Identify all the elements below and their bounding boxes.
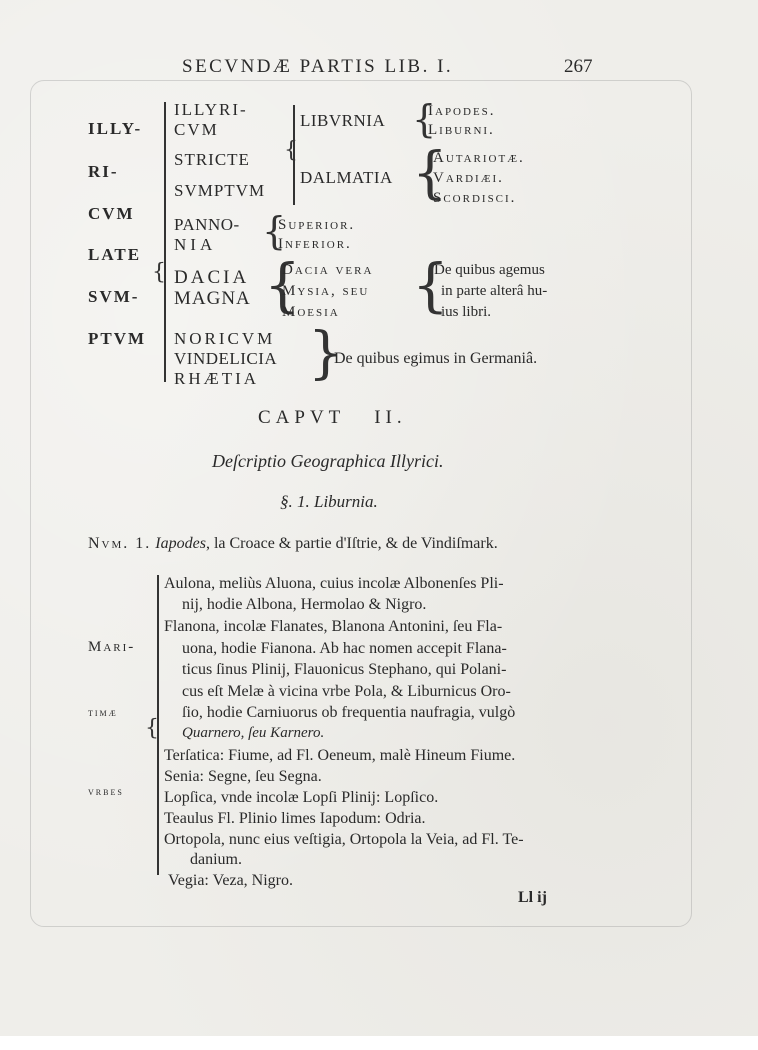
dacia-label: DACIA — [174, 268, 249, 287]
dacia-label: MAGNA — [174, 289, 251, 308]
chapter-title: CAPVT II. — [258, 408, 407, 427]
liburnia-people: Iapodes. — [428, 104, 496, 119]
dacia-part: Mysia, ſeu — [282, 284, 369, 299]
maritimae-label: timæ — [88, 706, 118, 718]
dalmatia-people: Scordisci. — [433, 191, 516, 206]
text-line: ticus ſinus Plinij, Flauonicus Stephano,… — [182, 662, 506, 678]
text-line: Terſatica: Fiume, ad Fl. Oeneum, malè Hi… — [164, 748, 515, 764]
text-line: uona, hodie Fianona. Ab hac nomen accepi… — [182, 641, 507, 657]
maritimae-label: Mari- — [88, 640, 135, 655]
dalmatia-people: Autariotæ. — [433, 151, 525, 166]
section-heading: §. 1. Liburnia. — [280, 493, 378, 510]
illyricum-label: CVM — [174, 121, 219, 138]
dacia-part: Moesia — [282, 305, 340, 320]
left-label: LATE — [88, 246, 141, 263]
left-label: SVM- — [88, 288, 139, 305]
text-line: Teaulus Fl. Plinio limes Iapodum: Odria. — [164, 811, 426, 827]
brace-main — [164, 102, 166, 382]
text-line: Lopſica, vnde incolæ Lopſi Plinij: Lopſi… — [164, 790, 438, 806]
dacia-note: De quibus agemus — [434, 263, 545, 278]
brace-main-mid: { — [152, 262, 166, 284]
province-name: NORICVM — [174, 330, 275, 347]
text-line: Flanona, incolæ Flanates, Blanona Antoni… — [164, 619, 502, 635]
left-label: PTVM — [88, 330, 146, 347]
illyricum-label: STRICTE — [174, 151, 250, 168]
num-line: Nvm. 1. Iapodes, la Croace & partie d'Iſ… — [88, 536, 498, 552]
left-label: RI- — [88, 163, 119, 180]
pannonia-label: PANNO- — [174, 216, 240, 233]
num-rest: , la Croace & partie d'Iſtrie, & de Vind… — [206, 535, 498, 552]
brace-illyricum-mid: { — [284, 140, 298, 162]
dacia-note: in parte alterâ hu- — [441, 284, 547, 299]
brace-maritimae-mid: { — [145, 718, 159, 740]
left-label: ILLY- — [88, 120, 142, 137]
signature-mark: Ll ij — [518, 890, 547, 906]
pannonia-part: Superior. — [278, 218, 355, 233]
page-paper: SECVNDÆ PARTIS LIB. I. 267 ILLY- RI- CVM… — [0, 0, 758, 1036]
pannonia-label: NIA — [174, 236, 216, 253]
chapter-subtitle: Deſcriptio Geographica Illyrici. — [212, 452, 443, 470]
dacia-part: Dacia vera — [282, 263, 373, 278]
illyricum-label: ILLYRI- — [174, 101, 248, 118]
text-line: cus eſt Melæ à vicina vrbe Pola, & Libur… — [182, 684, 511, 700]
left-label: CVM — [88, 205, 135, 222]
dalmatia-people: Vardiæi. — [433, 171, 504, 186]
dalmatia-name: DALMATIA — [300, 169, 393, 186]
text-line: nij, hodie Albona, Hermolao & Nigro. — [182, 597, 426, 613]
text-line: Vegia: Veza, Nigro. — [168, 873, 293, 889]
num-italic: Iapodes — [155, 535, 206, 552]
text-line: Quarnero, ſeu Karnero. — [182, 726, 324, 741]
province-name: VINDELICIA — [174, 350, 277, 367]
illyricum-label: SVMPTVM — [174, 182, 265, 199]
text-line: Senia: Segne, ſeu Segna. — [164, 769, 322, 785]
dacia-note: ius libri. — [441, 305, 491, 320]
page-number: 267 — [564, 57, 593, 76]
pannonia-part: Inferior. — [278, 237, 352, 252]
text-line: Aulona, meliùs Aluona, cuius incolæ Albo… — [164, 576, 504, 592]
liburnia-people: Liburni. — [428, 123, 495, 138]
text-line: Ortopola, nunc eius veſtigia, Ortopola l… — [164, 832, 524, 848]
province-name: RHÆTIA — [174, 370, 259, 387]
running-title: SECVNDÆ PARTIS LIB. I. — [182, 57, 453, 76]
liburnia-name: LIBVRNIA — [300, 112, 385, 129]
others-note: De quibus egimus in Germaniâ. — [334, 351, 537, 367]
num-prefix: Nvm. 1. — [88, 535, 151, 552]
text-line: danium. — [190, 852, 242, 868]
text-line: ſio, hodie Carniuorus ob frequentia nauf… — [182, 705, 515, 721]
maritimae-label: vrbes — [88, 785, 124, 797]
